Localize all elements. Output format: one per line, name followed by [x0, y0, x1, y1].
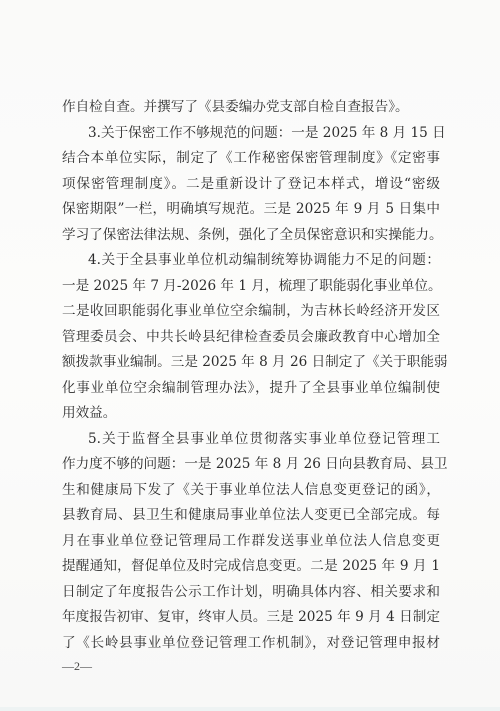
text-line: 保密期限”一栏，明确填写规范。三是 2025 年 9 月 5 日集中	[62, 197, 440, 223]
section-4-heading-line: 4.关于全县事业单位机动编制统筹协调能力不足的问题：	[62, 248, 440, 274]
text-line: 作自检自查。并撰写了《县委编办党支部自检自查报告》。	[62, 95, 440, 121]
text-line: 一是 2025 年 7 月-2026 年 1 月，梳理了职能弱化事业单位。	[62, 274, 440, 300]
text-line: 管理委员会、中共长岭县纪律检查委员会廉政教育中心增加全	[62, 325, 440, 351]
text-line: 结合本单位实际，制定了《工作秘密保密管理制度》《定密事	[62, 146, 440, 172]
section-3-heading-line: 3.关于保密工作不够规范的问题：一是 2025 年 8 月 15 日	[62, 121, 440, 147]
page-number: —2—	[62, 659, 92, 674]
section-5-heading-line: 5.关于监督全县事业单位贯彻落实事业单位登记管理工	[62, 427, 440, 453]
text-line: 化事业单位空余编制管理办法》，提升了全县事业单位编制使	[62, 376, 440, 402]
text-line: 月在事业单位登记管理局工作群发送事业单位法人信息变更	[62, 529, 440, 555]
text-line: 了《长岭县事业单位登记管理工作机制》，对登记管理申报材	[62, 631, 440, 657]
text-line: 日制定了年度报告公示工作计划，明确具体内容、相关要求和	[62, 580, 440, 606]
text-line: 县教育局、县卫生和健康局事业单位法人变更已全部完成。每	[62, 503, 440, 529]
text-line: 提醒通知，督促单位及时完成信息变更。二是 2025 年 9 月 1	[62, 554, 440, 580]
text-line: 用效益。	[62, 401, 440, 427]
text-line: 项保密管理制度》。二是重新设计了登记本样式，增设“密级	[62, 172, 440, 198]
text-line: 额拨款事业编制。三是 2025 年 8 月 26 日制定了《关于职能弱	[62, 350, 440, 376]
text-line: 学习了保密法律法规、条例，强化了全员保密意识和实操能力。	[62, 223, 440, 249]
text-line: 二是收回职能弱化事业单位空余编制，为吉林长岭经济开发区	[62, 299, 440, 325]
text-line: 作力度不够的问题：一是 2025 年 8 月 26 日向县教育局、县卫	[62, 452, 440, 478]
text-line: 生和健康局下发了《关于事业单位法人信息变更登记的函》，	[62, 478, 440, 504]
document-body: 作自检自查。并撰写了《县委编办党支部自检自查报告》。 3.关于保密工作不够规范的…	[62, 95, 440, 656]
page-bottom-edge	[0, 707, 500, 711]
document-page: 作自检自查。并撰写了《县委编办党支部自检自查报告》。 3.关于保密工作不够规范的…	[0, 0, 500, 711]
text-line: 年度报告初审、复审，终审人员。三是 2025 年 9 月 4 日制定	[62, 605, 440, 631]
